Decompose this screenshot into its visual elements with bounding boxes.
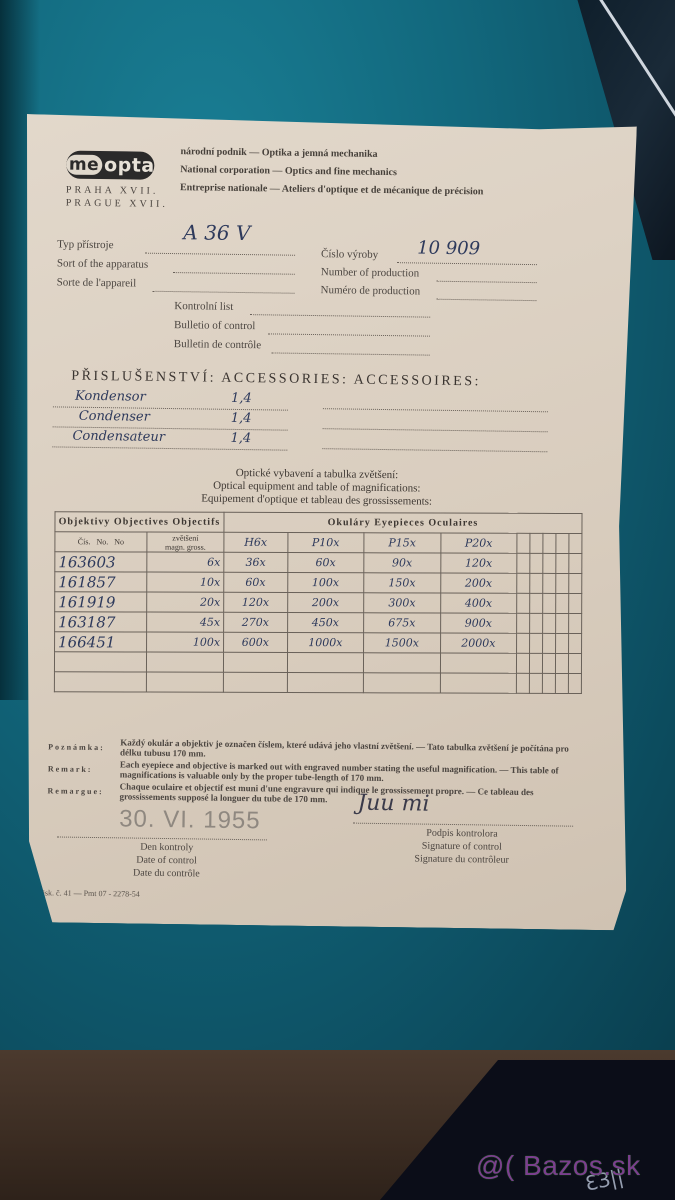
objectives-header: Objektivy Objectives Objectifs: [55, 512, 224, 533]
control-certificate-document: meopta PRAHA XVII. PRAGUE XVII. národní …: [16, 114, 637, 930]
number-label-fr: Numéro de production: [320, 284, 420, 297]
signature-label-en: Signature of control: [387, 840, 537, 853]
magnification-table: Objektivy Objectives Objectifs Okuláry E…: [54, 511, 583, 694]
signature-label-fr: Signature du contrôleur: [387, 853, 537, 866]
meopta-logo: meopta: [66, 151, 154, 180]
eyepiece-header: P10x: [287, 533, 364, 553]
date-label-fr: Date du contrôle: [96, 867, 236, 880]
dotted-line: [52, 446, 287, 450]
date-label-en: Date of control: [97, 854, 237, 867]
accessories-title: PŘISLUŠENSTVÍ: ACCESSORIES: ACCESSOIRES:: [71, 369, 481, 391]
signature-label-cz: Podpis kontrolora: [387, 827, 537, 840]
note-label-en: Remark:: [48, 764, 93, 774]
corp-line-cz: národní podnik — Optika a jemná mechanik…: [180, 146, 377, 160]
accessory-name: Kondensor: [75, 389, 146, 405]
table-row: 166451100x 600x1000x1500x2000x: [55, 632, 582, 654]
bazos-watermark: @( Bazos.sk: [476, 1150, 641, 1182]
eyepieces-header: Okuláry Eyepieces Oculaires: [224, 512, 582, 533]
number-label-cz: Číslo výroby: [321, 248, 378, 261]
table-row: 16185710x 60x100x150x200x: [55, 572, 582, 594]
dotted-line: [323, 428, 548, 432]
dotted-line: [145, 253, 295, 256]
table-row: 16318745x 270x450x675x900x: [55, 612, 582, 634]
control-label-cz: Kontrolní list: [174, 300, 233, 313]
print-code: Tisk. č. 41 — Pmt 07 - 2278-54: [38, 888, 140, 898]
eyepiece-header: P20x: [440, 533, 517, 553]
dotted-line: [57, 836, 267, 840]
table-row: 1636036x 36x60x90x120x: [55, 552, 582, 574]
dotted-line: [153, 291, 295, 294]
corp-line-en: National corporation — Optics and fine m…: [180, 164, 397, 178]
dotted-line: [323, 408, 548, 412]
city-cz: PRAHA XVII.: [66, 185, 159, 197]
dotted-line: [268, 333, 430, 336]
eyepiece-header: H6x: [224, 532, 288, 552]
dotted-line: [353, 823, 573, 827]
col-magn-header: zvětšenímagn. gross.: [147, 532, 224, 552]
accessory-value: 1,4: [231, 411, 252, 426]
dotted-line: [437, 281, 537, 283]
corp-line-fr: Entreprise nationale — Ateliers d'optiqu…: [180, 182, 484, 197]
number-label-en: Number of production: [321, 266, 420, 279]
type-label-en: Sort of the apparatus: [57, 257, 149, 270]
accessory-value: 1,4: [230, 431, 251, 446]
accessory-name: Condensateur: [72, 429, 165, 445]
type-value: A 36 V: [183, 220, 250, 245]
eyepiece-header: P15x: [364, 533, 441, 553]
dotted-line: [436, 299, 536, 301]
city-en: PRAGUE XVII.: [66, 198, 168, 210]
date-stamp: 30. VI. 1955: [119, 805, 261, 835]
dotted-line: [272, 352, 430, 355]
table-row-empty: [54, 672, 581, 694]
control-label-fr: Bulletin de contrôle: [174, 338, 262, 351]
note-label-fr: Remargue:: [47, 786, 103, 796]
type-label-cz: Typ přístroje: [57, 238, 114, 251]
accessory-name: Condenser: [79, 409, 150, 425]
dotted-line: [173, 272, 295, 275]
dotted-line: [250, 314, 430, 318]
note-fr: Chaque oculaire et objectif est muni d'u…: [119, 781, 589, 808]
accessory-value: 1,4: [231, 391, 252, 406]
note-label-cz: Poznámka:: [48, 742, 105, 752]
control-label-en: Bulletio of control: [174, 319, 255, 332]
table-row: 16191920x 120x200x300x400x: [55, 592, 582, 614]
col-no-header: Čís. No. No: [55, 532, 147, 552]
date-label-cz: Den kontroly: [97, 841, 237, 854]
type-label-fr: Sorte de l'appareil: [57, 276, 137, 289]
number-value: 10 909: [417, 237, 480, 259]
dotted-line: [397, 262, 537, 265]
dotted-line: [322, 448, 547, 452]
table-row-empty: [54, 652, 581, 674]
controller-signature: Juu mi: [357, 791, 429, 817]
